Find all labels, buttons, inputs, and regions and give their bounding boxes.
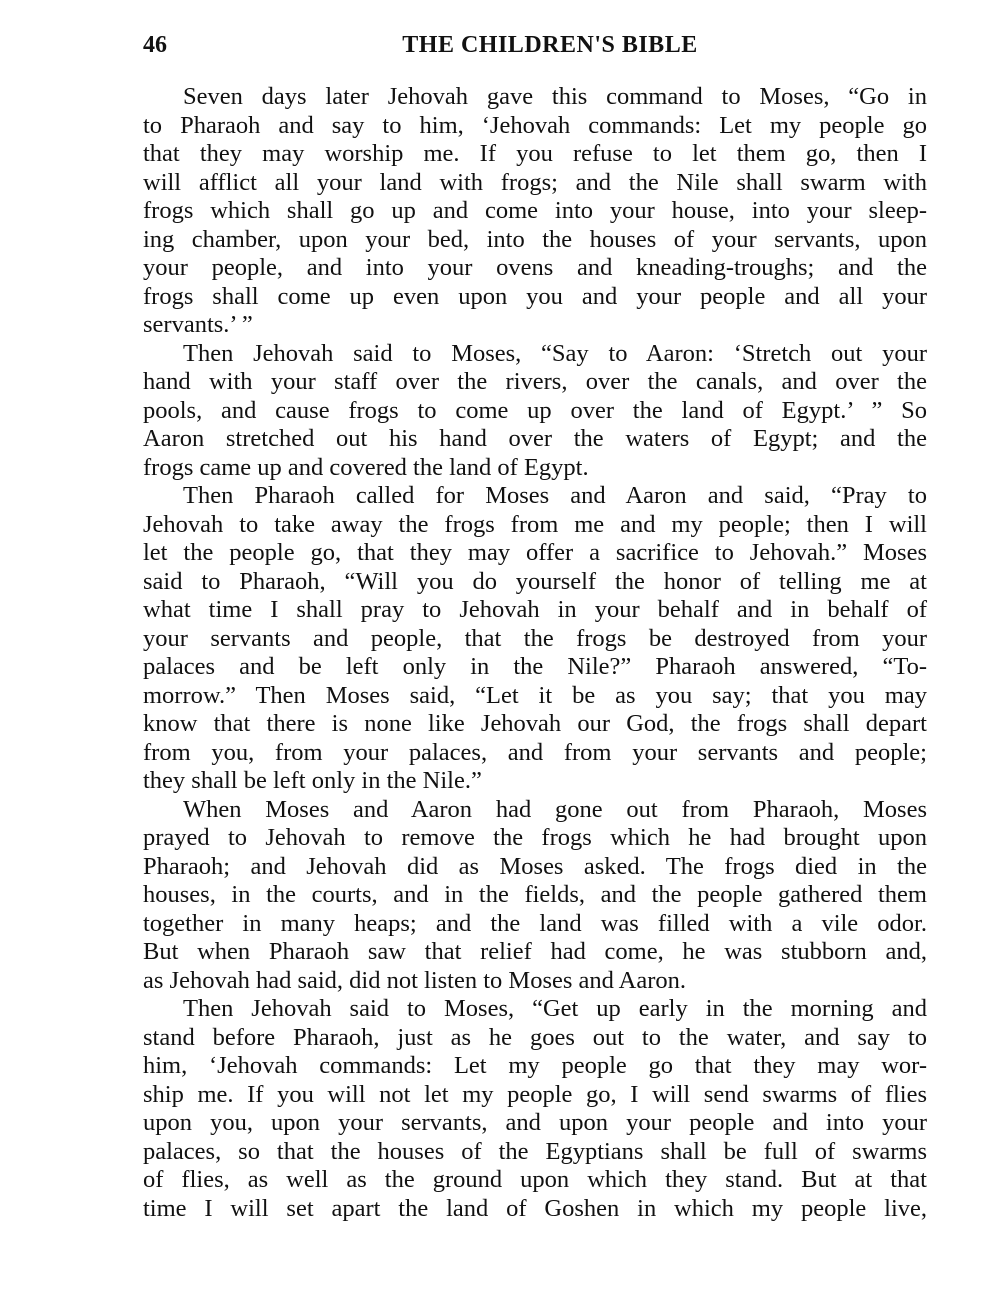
text-line: Then Jehovah said to Moses, “Get up earl… <box>143 995 927 1024</box>
text-line: prayed to Jehovah to remove the frogs wh… <box>143 824 927 853</box>
text-line: But when Pharaoh saw that relief had com… <box>143 938 927 967</box>
text-line: Jehovah to take away the frogs from me a… <box>143 511 927 540</box>
text-line: When Moses and Aaron had gone out from P… <box>143 796 927 825</box>
text-line: frogs which shall go up and come into yo… <box>143 197 927 226</box>
text-line: stand before Pharaoh, just as he goes ou… <box>143 1024 927 1053</box>
book-title: THE CHILDREN'S BIBLE <box>143 30 927 60</box>
text-line: of flies, as well as the ground upon whi… <box>143 1166 927 1195</box>
text-line: your servants and people, that the frogs… <box>143 625 927 654</box>
paragraph-5: Then Jehovah said to Moses, “Get up earl… <box>143 995 927 1223</box>
text-line: servants.’ ” <box>143 311 927 340</box>
text-line: hand with your staff over the rivers, ov… <box>143 368 927 397</box>
text-line: together in many heaps; and the land was… <box>143 910 927 939</box>
text-line: pools, and cause frogs to come up over t… <box>143 397 927 426</box>
text-line: that they may worship me. If you refuse … <box>143 140 927 169</box>
text-line: let the people go, that they may offer a… <box>143 539 927 568</box>
text-line: time I will set apart the land of Goshen… <box>143 1195 927 1224</box>
text-line: as Jehovah had said, did not listen to M… <box>143 967 927 996</box>
text-line: Seven days later Jehovah gave this comma… <box>143 83 927 112</box>
text-line: upon you, upon your servants, and upon y… <box>143 1109 927 1138</box>
text-line: to Pharaoh and say to him, ‘Jehovah comm… <box>143 112 927 141</box>
text-line: palaces, so that the houses of the Egypt… <box>143 1138 927 1167</box>
paragraph-2: Then Jehovah said to Moses, “Say to Aaro… <box>143 340 927 483</box>
paragraph-3: Then Pharaoh called for Moses and Aaron … <box>143 482 927 796</box>
text-line: morrow.” Then Moses said, “Let it be as … <box>143 682 927 711</box>
text-line: what time I shall pray to Jehovah in you… <box>143 596 927 625</box>
text-line: they shall be left only in the Nile.” <box>143 767 927 796</box>
text-line: know that there is none like Jehovah our… <box>143 710 927 739</box>
text-line: ing chamber, upon your bed, into the hou… <box>143 226 927 255</box>
body-text: Seven days later Jehovah gave this comma… <box>143 83 927 1223</box>
text-line: frogs came up and covered the land of Eg… <box>143 454 927 483</box>
text-line: Aaron stretched out his hand over the wa… <box>143 425 927 454</box>
paragraph-1: Seven days later Jehovah gave this comma… <box>143 83 927 340</box>
paragraph-4: When Moses and Aaron had gone out from P… <box>143 796 927 996</box>
text-line: your people, and into your ovens and kne… <box>143 254 927 283</box>
text-line: him, ‘Jehovah commands: Let my people go… <box>143 1052 927 1081</box>
text-line: palaces and be left only in the Nile?” P… <box>143 653 927 682</box>
text-line: said to Pharaoh, “Will you do yourself t… <box>143 568 927 597</box>
text-line: Then Jehovah said to Moses, “Say to Aaro… <box>143 340 927 369</box>
text-line: ship me. If you will not let my people g… <box>143 1081 927 1110</box>
text-line: from you, from your palaces, and from yo… <box>143 739 927 768</box>
text-line: Pharaoh; and Jehovah did as Moses asked.… <box>143 853 927 882</box>
text-line: houses, in the courts, and in the fields… <box>143 881 927 910</box>
book-page: 46 THE CHILDREN'S BIBLE Seven days later… <box>0 0 1000 1305</box>
text-line: frogs shall come up even upon you and yo… <box>143 283 927 312</box>
text-line: Then Pharaoh called for Moses and Aaron … <box>143 482 927 511</box>
text-line: will afflict all your land with frogs; a… <box>143 169 927 198</box>
running-head: 46 THE CHILDREN'S BIBLE <box>143 30 927 60</box>
